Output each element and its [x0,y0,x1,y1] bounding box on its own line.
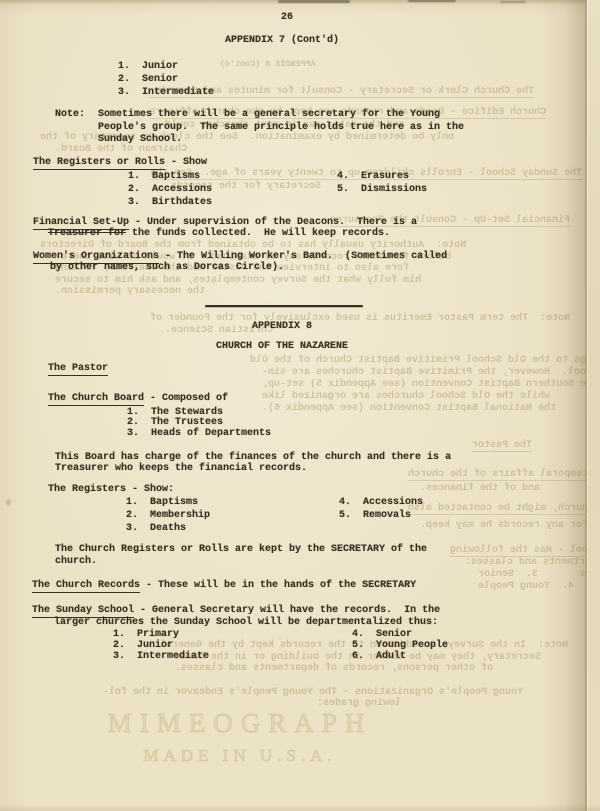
ghost-bleedthrough-line: Chairman of the Board. [55,144,187,155]
church-records-lead: The Church Records [32,580,140,593]
registers-or-rolls-rest: - Show [165,157,207,168]
note-line: Sometimes there will be a general secret… [98,109,440,120]
board-member-item: 3. Heads of Departments [127,428,271,439]
page-number: 26 [237,12,337,23]
paper-bottom-edge-shadow [0,804,600,811]
ghost-bleedthrough-line: and of the finances. [420,483,540,494]
registers-or-rolls-lead: The Registers or Rolls [33,157,165,170]
note-label: Note: [55,109,85,120]
sunday-school-lead: The Sunday School [32,605,134,618]
ghost-bleedthrough-line: APPENDIX 8 (Cont'd) [220,59,316,70]
registers-paragraph-line: church. [55,556,97,567]
womens-organizations-line: Women's Organizations - The Willing Work… [33,251,447,262]
paper-right-strip [587,0,600,811]
sunday-school-line: larger churches the Sunday School will b… [54,617,438,628]
note-line: Sunday School. [98,134,182,145]
treasurer-strikethrough: Treasurer for [48,228,126,239]
registers-or-rolls-heading: The Registers or Rolls - Show [33,157,207,168]
ghost-bleedthrough-line: Young People's Organizations - The Young… [103,687,523,698]
womens-organizations-line: by other names, such as Dorcas Circle). [50,262,284,273]
womens-organizations-rest: - The Willing Worker's Band. (Sometimes … [159,251,447,262]
registers-paragraph-line: The Church Registers or Rolls are kept b… [55,544,427,555]
register-item: 3. Deaths [126,523,186,534]
ghost-bleedthrough-line: of other persons, records of departments… [175,663,493,674]
section-divider [205,305,363,307]
department-item: 5. Young People [352,640,448,651]
grade-list-item: 1. Junior [118,61,178,72]
ghost-bleedthrough-line: him fully what the Survey contemplates, … [55,275,421,286]
financial-setup-rest: the funds collected. He will keep record… [126,228,390,239]
grade-list-item: 3. Intermediate [118,87,214,98]
church-records-line: The Church Records - These will be in th… [32,580,416,591]
board-paragraph-line: Treasurer who keeps the financial record… [55,463,307,474]
register-item: 4. Erasures [337,171,409,182]
board-paragraph-line: This Board has charge of the finances of… [55,452,451,463]
ghost-bleedthrough-line: while the Old School churches are organi… [262,391,550,402]
ink-speck [500,1,526,3]
church-records-rest: - These will be in the hands of the SECR… [140,580,416,591]
board-member-item: 2. The Trustees [127,417,223,428]
made-in-usa-watermark: MADE IN U.S.A. [115,746,365,766]
paper-fold-shadow [538,0,585,811]
department-item: 6. Adult [352,651,406,662]
department-item: 4. Senior [352,629,412,640]
register-item: 1. Baptisms [126,497,198,508]
appendix7-heading: APPENDIX 7 (Cont'd) [82,35,482,46]
pastor-lead: The Pastor [48,363,108,376]
department-item: 1. Primary [113,629,179,640]
registers-show-heading: The Registers - Show: [48,484,174,495]
ink-speck [408,0,456,2]
church-board-rest: - Composed of [144,393,228,404]
register-item: 2. Accessions [128,184,212,195]
financial-setup-rest: - Under supervision of the Deacons. Ther… [129,217,417,228]
church-board-line: The Church Board - Composed of [48,393,228,404]
department-item: 2. Junior [113,640,173,651]
register-item: 3. Birthdates [128,197,212,208]
financial-setup-line: Treasurer for the funds collected. He wi… [48,228,390,239]
pastor-heading: The Pastor [48,363,108,374]
note-line: People's group. The same principle holds… [98,122,464,133]
church-board-lead: The Church Board [48,393,144,406]
register-item: 5. Removals [339,510,411,521]
financial-setup-line: Financial Set-Up - Under supervision of … [33,217,417,228]
ghost-bleedthrough-line: The Pastor [472,440,532,452]
mimeograph-watermark: MIMEOGRAPH [95,708,385,739]
church-of-nazarene-subheading: CHURCH OF THE NAZARENE [82,341,482,352]
register-item: 2. Membership [126,510,210,521]
ghost-bleedthrough-line: Note: Authority usually has to be obtain… [40,240,466,251]
ghost-bleedthrough-line: the necessary permission. [55,286,205,297]
register-item: 5. Dismissions [337,184,427,195]
ink-speck [278,0,350,3]
department-item: 3. Intermediate [113,651,209,662]
sunday-school-rest: - General Secretary will have the record… [134,605,440,616]
ink-speck [6,499,11,506]
ghost-bleedthrough-line: the National Baptist Convention (see App… [262,403,556,414]
register-item: 1. Baptisms [128,171,200,182]
appendix8-heading: APPENDIX 8 [82,321,482,332]
register-item: 4. Accessions [339,497,423,508]
sunday-school-line: The Sunday School - General Secretary wi… [32,605,440,616]
grade-list-item: 2. Senior [118,74,178,85]
scanned-document-page: APPENDIX 8 (Cont'd) The Church Clerk or … [0,0,600,811]
